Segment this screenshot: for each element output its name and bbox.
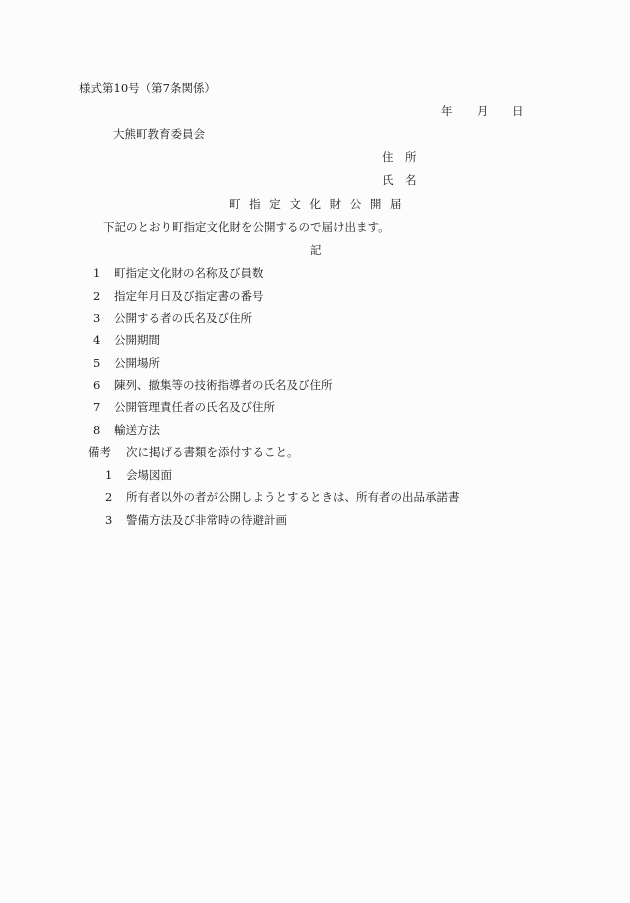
body-text: 下記のとおり町指定文化財を公開するので届け出ます。 xyxy=(103,220,390,234)
item-number: 1 xyxy=(93,266,100,280)
document-title: 町指定文化財公開届 xyxy=(229,197,410,211)
addressee: 大熊町教育委員会 xyxy=(113,127,205,141)
item-text: 陳列、撤集等の技術指導者の氏名及び住所 xyxy=(114,378,333,392)
item-number: 4 xyxy=(93,333,100,347)
remarks-item-text: 所有者以外の者が公開しようとするときは、所有者の出品承諾書 xyxy=(126,490,460,504)
item-number: 6 xyxy=(93,378,100,392)
remarks-item-number: 1 xyxy=(105,468,112,482)
item-number: 5 xyxy=(93,356,100,370)
item-text: 公開管理責任者の氏名及び住所 xyxy=(114,400,275,414)
remarks-item-number: 2 xyxy=(105,490,112,504)
item-text: 公開する者の氏名及び住所 xyxy=(114,311,252,325)
date-year-label: 年 xyxy=(441,104,453,118)
remarks-intro: 次に掲げる書類を添付すること。 xyxy=(126,445,299,459)
item-number: 3 xyxy=(93,311,100,325)
remarks-item-number: 3 xyxy=(105,513,112,527)
date-month-label: 月 xyxy=(477,104,489,118)
applicant-name-label: 氏 名 xyxy=(382,173,417,187)
item-number: 8 xyxy=(93,423,100,437)
remarks-label: 備考 xyxy=(88,445,111,459)
remarks-item-text: 警備方法及び非常時の待避計画 xyxy=(126,513,287,527)
item-text: 公開期間 xyxy=(114,333,160,347)
form-number: 様式第10号（第7条関係） xyxy=(79,81,216,95)
item-text: 公開場所 xyxy=(114,356,160,370)
item-text: 輸送方法 xyxy=(114,423,160,437)
item-number: 7 xyxy=(93,400,100,414)
date-day-label: 日 xyxy=(512,104,524,118)
item-number: 2 xyxy=(93,289,100,303)
item-text: 町指定文化財の名称及び員数 xyxy=(114,266,264,280)
applicant-address-label: 住 所 xyxy=(382,150,417,164)
remarks-item-text: 会場図面 xyxy=(126,468,172,482)
ki-label: 記 xyxy=(310,243,322,257)
item-text: 指定年月日及び指定書の番号 xyxy=(114,289,264,303)
